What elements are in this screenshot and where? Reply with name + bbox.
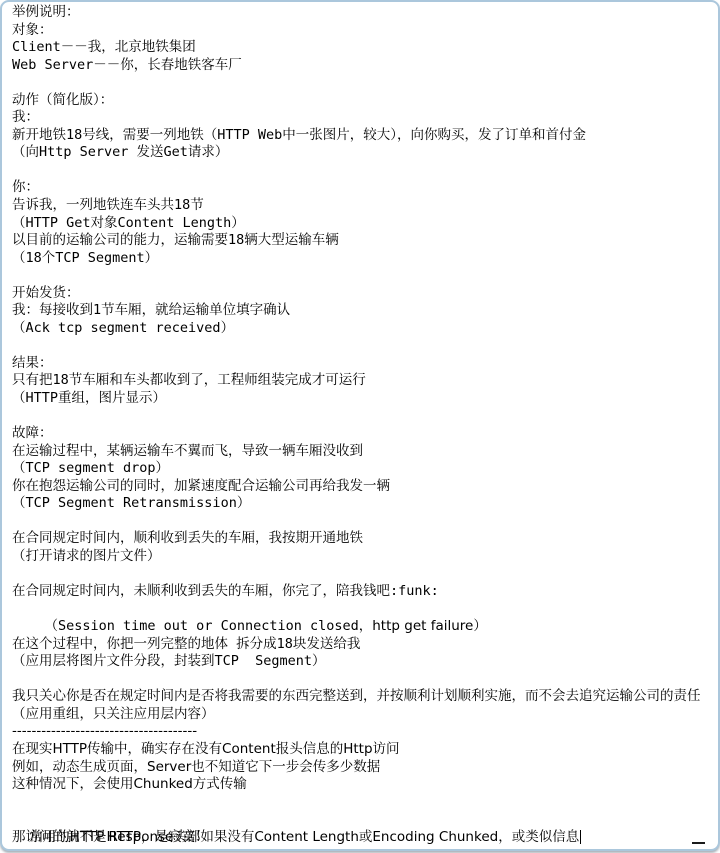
- text-line: （Ack tcp segment received）: [12, 320, 714, 338]
- text-line: 我只关心你是否在规定时间内是否将我需要的东西完整送到，并按顺利计划顺利实施，而不…: [12, 688, 714, 706]
- text-line: （TCP Segment Retransmission）: [12, 495, 714, 513]
- text-line: 你：: [12, 179, 714, 197]
- separator-dashes: --------------------------------------: [12, 723, 714, 741]
- text-line: 在合同规定时间内，顺利收到丢失的车厢，我按期开通地铁: [12, 530, 714, 548]
- text-line-blank: [12, 566, 714, 584]
- text-line-blank: [12, 408, 714, 426]
- text-line: （应用层将图片文件分段，封装到TCP Segment）: [12, 653, 714, 671]
- text-line-blank: [12, 337, 714, 355]
- text-line: 开始发货：: [12, 285, 714, 303]
- text-line-blank: [12, 671, 714, 689]
- text-line: 举例说明：: [12, 4, 714, 22]
- text-line: Client－－我，北京地铁集团: [12, 39, 714, 57]
- text-line: （18个TCP Segment）: [12, 250, 714, 268]
- text-line: 动作（简化版）：: [12, 92, 714, 110]
- text-line: （应用重组，只关注应用层内容）: [12, 706, 714, 724]
- resize-handle[interactable]: [692, 842, 705, 844]
- text-line-blank: [12, 162, 714, 180]
- text-line: 这种情况下，会使用Chunked方式传输: [12, 776, 714, 794]
- text-line: 结果：: [12, 355, 714, 373]
- text-line-blank: [12, 267, 714, 285]
- text-line: 只有把18节车厢和车头都收到了，工程师组装完成才可运行: [12, 372, 714, 390]
- page-root: html,body{ margin:0;padding:0; width:720…: [0, 0, 720, 853]
- page-body: { "editor": { "border_color": "#abc7dc",…: [0, 0, 720, 853]
- text-line: 例如，动态生成页面，Server也不知道它下一步会传多少数据: [12, 759, 714, 777]
- text-segment: ）: [473, 618, 487, 634]
- text-line: 在运输过程中，某辆运输车不翼而飞，导致一辆车厢没收到: [12, 443, 714, 461]
- text-line: 在这个过程中，你把一列完整的地体 拆分成18块发送给我: [12, 636, 714, 654]
- text-line: 我：每接收到1节车厢，就给运输单位填字确认: [12, 302, 714, 320]
- text-line: 我：: [12, 109, 714, 127]
- text-segment: （Session time out or Connection closed，: [45, 618, 373, 634]
- text-line: （向Http Server 发送Get请求）: [12, 144, 714, 162]
- text-line: （打开请求的图片文件）: [12, 548, 714, 566]
- text-line: （HTTP Get对象Content Length）: [12, 215, 714, 233]
- text-line: 在现实HTTP传输中，确实存在没有Content报头信息的Http访问: [12, 741, 714, 759]
- text-line: 在合同规定时间内，未顺利收到丢失的车厢，你完了，陪我钱吧:funk:: [12, 583, 714, 601]
- text-caret: [580, 830, 581, 844]
- text-line: 对象：: [12, 22, 714, 40]
- text-segment: http get failure: [372, 618, 473, 634]
- text-line-blank: [12, 794, 714, 812]
- text-line: 你在抱怨运输公司的同时，加紧速度配合运输公司再给我发一辆: [12, 478, 714, 496]
- text-line: 告诉我，一列地铁连车头共18节: [12, 197, 714, 215]
- text-line-blank: [12, 513, 714, 531]
- text-line: 以目前的运输公司的能力，运输需要18辆大型运输车辆: [12, 232, 714, 250]
- text-line: 新开地铁18号线，需要一列地铁（HTTP Web中一张图片，较大），向你购买，发…: [12, 127, 714, 145]
- text-line: Web Server－－你，长春地铁客车厂: [12, 57, 714, 75]
- text-line: （TCP segment drop）: [12, 460, 714, 478]
- text-editor-area[interactable]: 举例说明： 对象： Client－－我，北京地铁集团 Web Server－－你…: [0, 0, 720, 851]
- text-line: 故障：: [12, 425, 714, 443]
- text-line-blank: [12, 74, 714, 92]
- text-line: （HTTP重组，图片显示）: [12, 390, 714, 408]
- text-line: （Session time out or Connection closed，h…: [12, 601, 714, 619]
- text-line: 常用的HTTP Response头部如果没有Content Length或Enc…: [12, 811, 714, 829]
